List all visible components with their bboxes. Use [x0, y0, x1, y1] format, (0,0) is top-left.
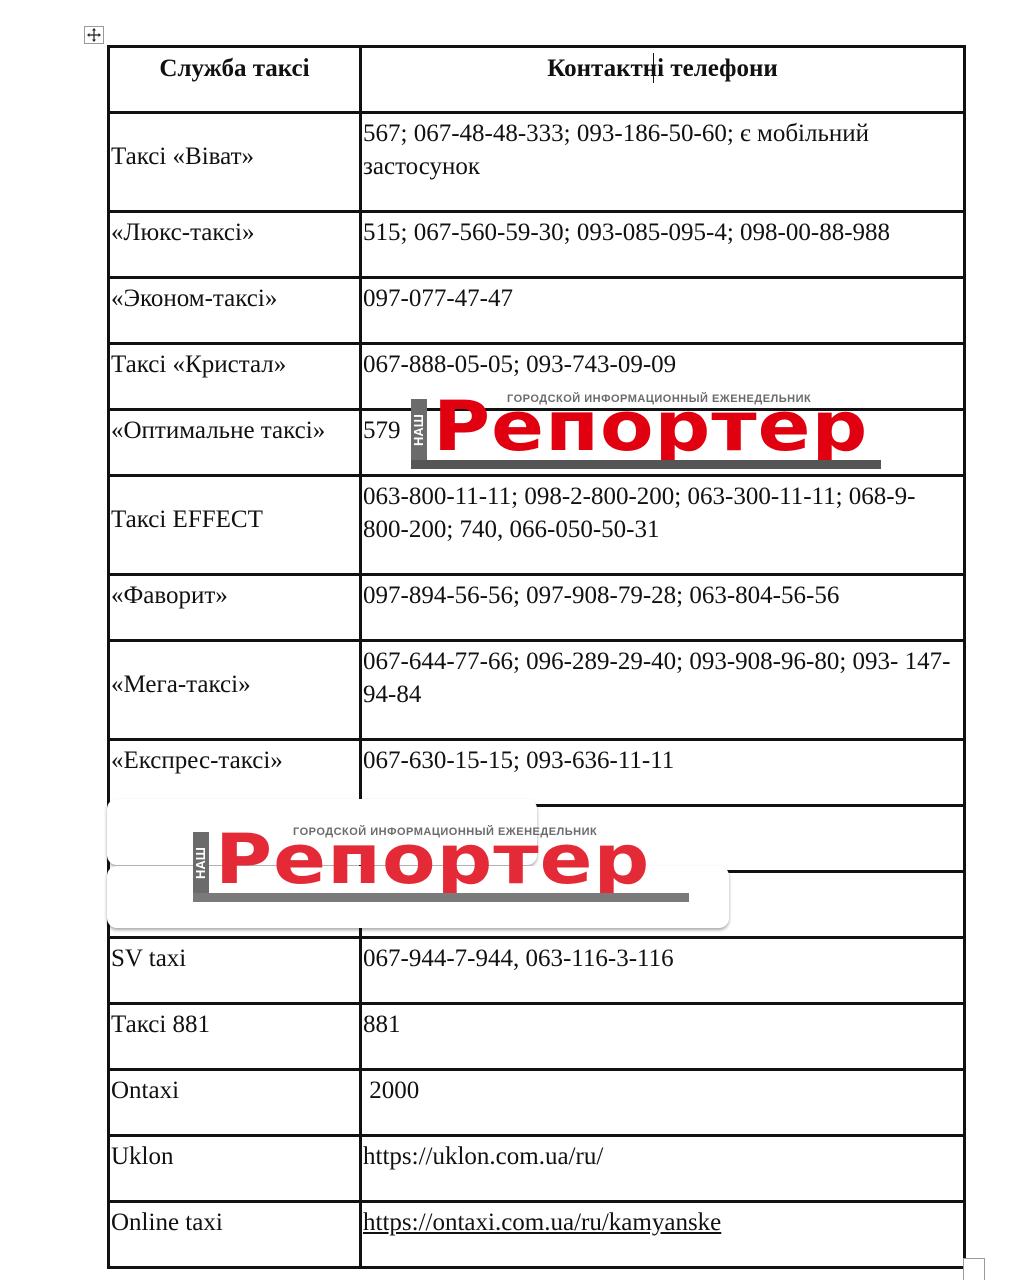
service-name[interactable]: «Люкс-таксі» [109, 212, 361, 278]
table-row: «Експрес-таксі» 067-630-15-15; 093-636-1… [109, 740, 965, 806]
service-name[interactable]: Таксі «Віват» [109, 113, 361, 212]
service-contacts[interactable]: 2000 [361, 1070, 965, 1136]
service-contacts: https://ontaxi.com.ua/ru/kamyanske [361, 1202, 965, 1268]
logo-underline-bar [411, 460, 881, 469]
service-name[interactable]: «Фаворит» [109, 575, 361, 641]
table-row: Online taxi https://ontaxi.com.ua/ru/kam… [109, 1202, 965, 1268]
service-contacts[interactable]: 567; 067-48-48-333; 093-186-50-60; є моб… [361, 113, 965, 212]
service-contacts[interactable]: 881 [361, 1004, 965, 1070]
table-row: «Мега-таксі» 067-644-77-66; 096-289-29-4… [109, 641, 965, 740]
reporter-watermark-logo: НАШ ГОРОДСКОЙ ИНФОРМАЦИОННЫЙ ЕЖЕНЕДЕЛЬНИ… [411, 393, 881, 471]
service-name[interactable]: Таксі «Кристал» [109, 344, 361, 410]
table-row: Таксі 881 881 [109, 1004, 965, 1070]
service-contacts[interactable]: 067-944-7-944, 063-116-3-116 [361, 938, 965, 1004]
table-move-handle[interactable] [84, 26, 104, 44]
table-row: Таксі «Віват» 567; 067-48-48-333; 093-18… [109, 113, 965, 212]
text-cursor [653, 53, 654, 83]
table-header-row: Служба таксі Контактні телефони [109, 47, 965, 113]
table-row: «Фаворит» 097-894-56-56; 097-908-79-28; … [109, 575, 965, 641]
service-contacts[interactable]: 067-630-15-15; 093-636-11-11 [361, 740, 965, 806]
table-row: Uklon https://uklon.com.ua/ru/ [109, 1136, 965, 1202]
service-contacts[interactable]: 515; 067-560-59-30; 093-085-095-4; 098-0… [361, 212, 965, 278]
taxi-services-table: Служба таксі Контактні телефони Таксі «В… [107, 45, 966, 1269]
service-name[interactable]: Таксі EFFECT [109, 476, 361, 575]
table-row: Таксі EFFECT 063-800-11-11; 098-2-800-20… [109, 476, 965, 575]
service-contacts[interactable]: 067-644-77-66; 096-289-29-40; 093-908-96… [361, 641, 965, 740]
header-service: Служба таксі [109, 47, 361, 113]
service-name[interactable]: «Мега-таксі» [109, 641, 361, 740]
service-name[interactable]: SV taxi [109, 938, 361, 1004]
ontaxi-link[interactable]: https://ontaxi.com.ua/ru/kamyanske [363, 1209, 721, 1236]
table-row: «Люкс-таксі» 515; 067-560-59-30; 093-085… [109, 212, 965, 278]
service-name[interactable]: Uklon [109, 1136, 361, 1202]
service-name[interactable]: «Оптимальне таксі» [109, 410, 361, 476]
table-row: SV taxi 067-944-7-944, 063-116-3-116 [109, 938, 965, 1004]
move-arrows-icon [87, 28, 101, 42]
service-contacts[interactable]: 097-894-56-56; 097-908-79-28; 063-804-56… [361, 575, 965, 641]
service-name[interactable]: Таксі 881 [109, 1004, 361, 1070]
service-contacts[interactable]: 063-800-11-11; 098-2-800-200; 063-300-11… [361, 476, 965, 575]
header-contacts: Контактні телефони [361, 47, 965, 113]
service-contacts[interactable]: 097-077-47-47 [361, 278, 965, 344]
logo-title: Репортер [215, 826, 650, 895]
service-name[interactable]: «Експрес-таксі» [109, 740, 361, 806]
logo-prefix: НАШ [411, 399, 427, 461]
table-resize-handle[interactable] [963, 1258, 985, 1280]
logo-underline-bar [193, 893, 689, 902]
logo-title: Репортер [433, 393, 868, 462]
table-row: Ontaxi 2000 [109, 1070, 965, 1136]
service-name[interactable]: Online taxi [109, 1202, 361, 1268]
table-row: «Эконом-таксі» 097-077-47-47 [109, 278, 965, 344]
reporter-watermark-logo: НАШ ГОРОДСКОЙ ИНФОРМАЦИОННЫЙ ЕЖЕНЕДЕЛЬНИ… [193, 826, 689, 904]
service-contacts[interactable]: https://uklon.com.ua/ru/ [361, 1136, 965, 1202]
logo-prefix: НАШ [193, 832, 209, 894]
service-name[interactable]: Ontaxi [109, 1070, 361, 1136]
service-name[interactable]: «Эконом-таксі» [109, 278, 361, 344]
